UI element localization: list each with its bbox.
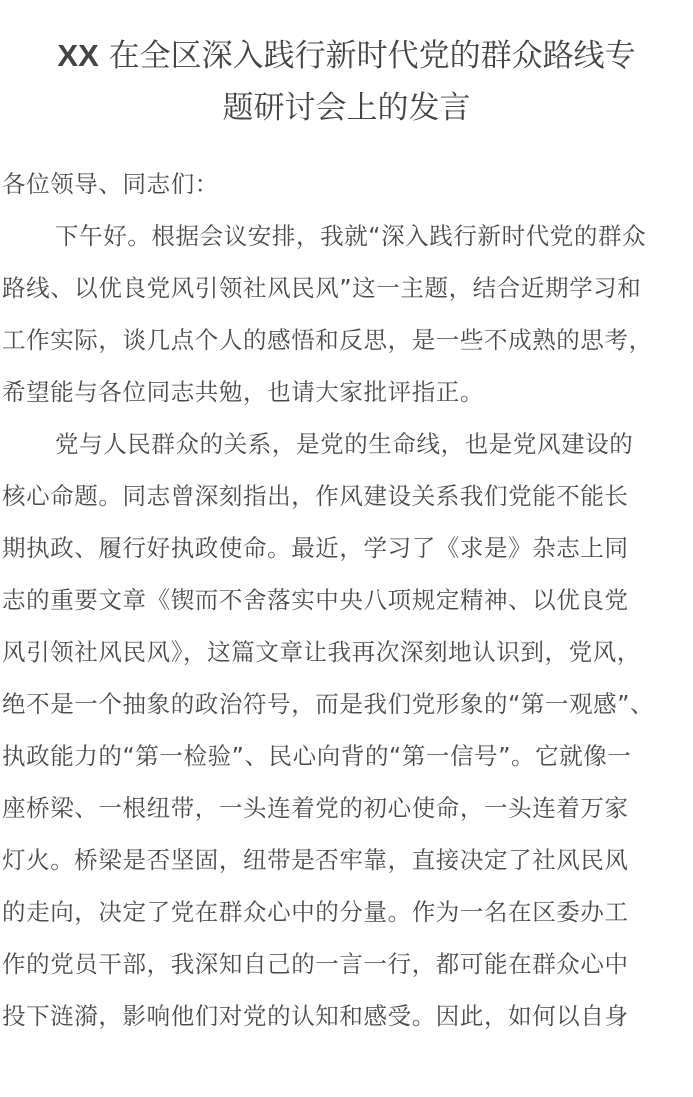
salutation: 各位领导、同志们： — [2, 166, 693, 218]
title-prefix: XX — [57, 38, 98, 73]
body-line: 工作实际，谈几点个人的感悟和反思，是一些不成熟的思考， — [2, 322, 693, 374]
body-line: 绝不是一个抽象的政治符号，而是我们党形象的“第一观感”、 — [2, 686, 693, 738]
body-line: 期执政、履行好执政使命。最近，学习了《求是》杂志上同 — [2, 530, 693, 582]
body-line: 路线、以优良党风引领社风民风”这一主题，结合近期学习和 — [2, 270, 693, 322]
body-line: 作的党员干部，我深知自己的一言一行，都可能在群众心中 — [2, 946, 693, 998]
body-line: 党与人民群众的关系，是党的生命线，也是党风建设的 — [2, 426, 693, 478]
document-body: 各位领导、同志们： 下午好。根据会议安排，我就“深入践行新时代党的群众 路线、以… — [2, 166, 693, 1050]
title-line-1: XX 在全区深入践行新时代党的群众路线专 — [0, 30, 693, 82]
body-line: 的走向，决定了党在群众心中的分量。作为一名在区委办工 — [2, 894, 693, 946]
body-line: 座桥梁、一根纽带，一头连着党的初心使命，一头连着万家 — [2, 790, 693, 842]
title-line-2: 题研讨会上的发言 — [0, 82, 693, 134]
body-line: 希望能与各位同志共勉，也请大家批评指正。 — [2, 374, 693, 426]
body-line: 风引领社风民风》，这篇文章让我再次深刻地认识到，党风， — [2, 634, 693, 686]
title-line-1-text: 在全区深入践行新时代党的群众路线专 — [99, 38, 636, 74]
body-line: 灯火。桥梁是否坚固，纽带是否牢靠，直接决定了社风民风 — [2, 842, 693, 894]
body-line: 下午好。根据会议安排，我就“深入践行新时代党的群众 — [2, 218, 693, 270]
document-title: XX 在全区深入践行新时代党的群众路线专 题研讨会上的发言 — [0, 30, 693, 134]
body-line: 投下涟漪，影响他们对党的认知和感受。因此，如何以自身 — [2, 998, 693, 1050]
body-line: 志的重要文章《锲而不舍落实中央八项规定精神、以优良党 — [2, 582, 693, 634]
body-line: 核心命题。同志曾深刻指出，作风建设关系我们党能不能长 — [2, 478, 693, 530]
body-line: 执政能力的“第一检验”、民心向背的“第一信号”。它就像一 — [2, 738, 693, 790]
